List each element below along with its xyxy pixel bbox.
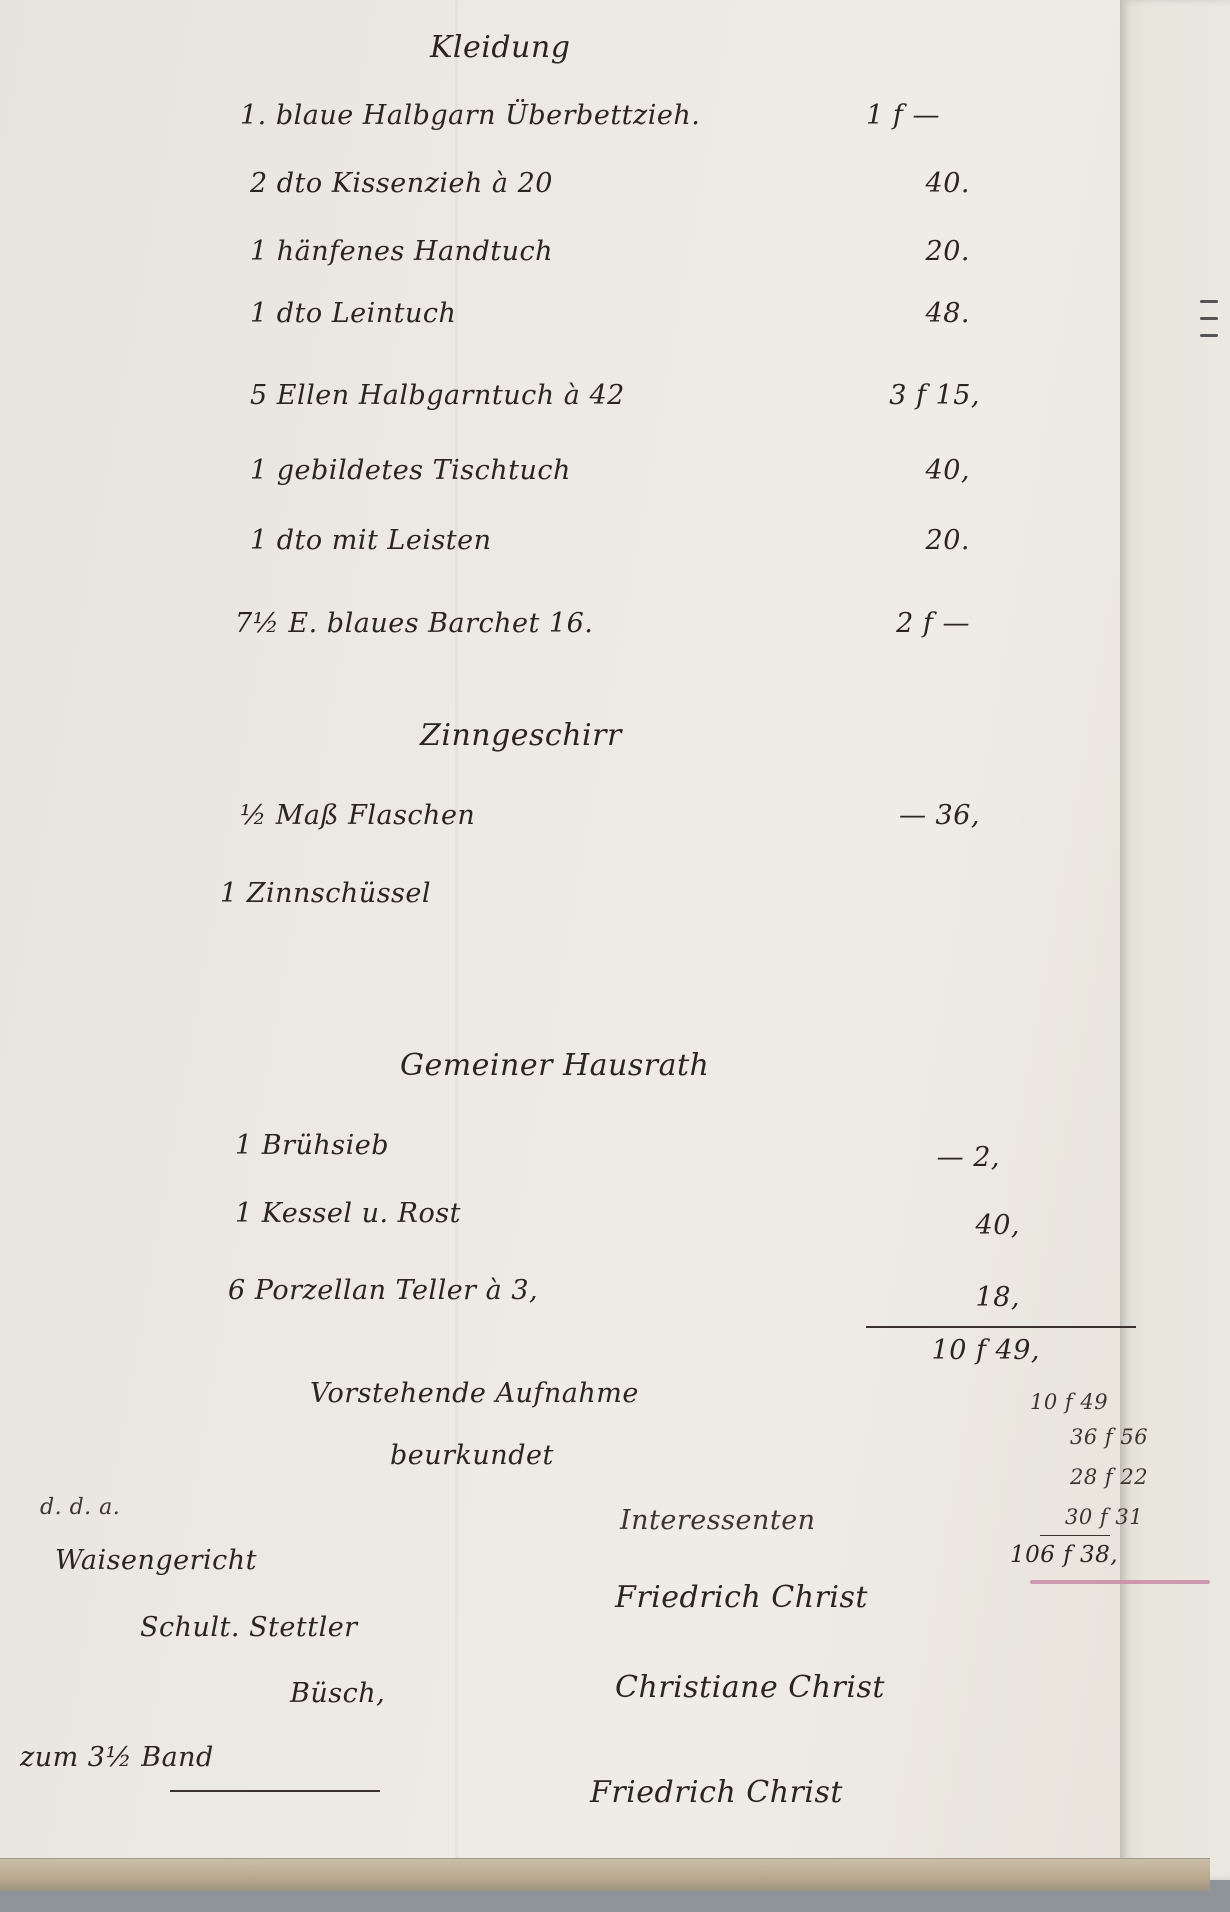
list-item: 5 Ellen Halbgarntuch à 42 xyxy=(250,380,625,411)
tally-value: 30 f 31 xyxy=(1065,1505,1143,1529)
item-amount: 20. xyxy=(850,236,970,267)
section-heading: Zinngeschirr xyxy=(420,718,622,753)
item-amount: 2 f — xyxy=(850,608,970,639)
underlying-page xyxy=(1110,0,1230,1880)
item-amount: 40, xyxy=(850,455,970,486)
list-item: 1 Zinnschüssel xyxy=(220,878,431,909)
list-item: 1 dto Leintuch xyxy=(250,298,456,329)
item-amount: 40, xyxy=(900,1210,1020,1241)
item-amount: — 2, xyxy=(880,1142,1000,1173)
closing-line: Vorstehende Aufnahme xyxy=(310,1378,639,1409)
section-heading: Gemeiner Hausrath xyxy=(400,1048,709,1083)
item-amount: 40. xyxy=(850,168,970,199)
item-amount: — 36, xyxy=(860,800,980,831)
tally-value: 28 f 22 xyxy=(1070,1465,1148,1489)
list-item: ½ Maß Flaschen xyxy=(240,800,475,831)
list-item: 1 gebildetes Tischtuch xyxy=(250,455,571,486)
item-amount: 1 f — xyxy=(820,100,940,131)
signature: Friedrich Christ xyxy=(615,1580,868,1615)
note-line: Büsch, xyxy=(290,1678,385,1709)
list-item: 6 Porzellan Teller à 3, xyxy=(228,1275,538,1306)
flourish xyxy=(170,1790,380,1792)
item-amount: 18, xyxy=(900,1282,1020,1313)
note-line: Waisengericht xyxy=(55,1545,257,1576)
note-line: zum 3½ Band xyxy=(20,1742,214,1773)
tally-value: 36 f 56 xyxy=(1070,1425,1148,1449)
list-item: 1 Kessel u. Rost xyxy=(235,1198,461,1229)
margin-marks xyxy=(1200,300,1218,351)
list-item: 2 dto Kissenzieh à 20 xyxy=(250,168,553,199)
pink-underline xyxy=(1030,1580,1210,1584)
tally-value: 10 f 49 xyxy=(1030,1390,1108,1414)
list-item: 1 hänfenes Handtuch xyxy=(250,236,553,267)
subtotal: 10 f 49, xyxy=(870,1335,1040,1366)
interessenten-label: Interessenten xyxy=(620,1505,816,1536)
stacked-page-edges xyxy=(0,1858,1210,1891)
list-item: 1 dto mit Leisten xyxy=(250,525,492,556)
sum-rule xyxy=(866,1326,1136,1328)
item-amount: 48. xyxy=(850,298,970,329)
paper-fold xyxy=(455,0,458,1880)
list-item: 7½ E. blaues Barchet 16. xyxy=(235,608,593,639)
section-heading: Kleidung xyxy=(430,30,570,65)
note-line: Schult. Stettler xyxy=(140,1612,358,1643)
signature: Christiane Christ xyxy=(615,1670,885,1705)
item-amount: 20. xyxy=(850,525,970,556)
document-page: Kleidung 1. blaue Halbgarn Überbettzieh.… xyxy=(0,0,1120,1880)
closing-line: beurkundet xyxy=(390,1440,554,1471)
list-item: 1 Brühsieb xyxy=(235,1130,389,1161)
item-amount: 3 f 15, xyxy=(860,380,980,411)
list-item: 1. blaue Halbgarn Überbettzieh. xyxy=(240,100,700,131)
tally-total: 106 f 38, xyxy=(1010,1542,1118,1568)
note-line: d. d. a. xyxy=(40,1495,120,1520)
signature: Friedrich Christ xyxy=(590,1775,843,1810)
tally-rule xyxy=(1040,1535,1110,1536)
